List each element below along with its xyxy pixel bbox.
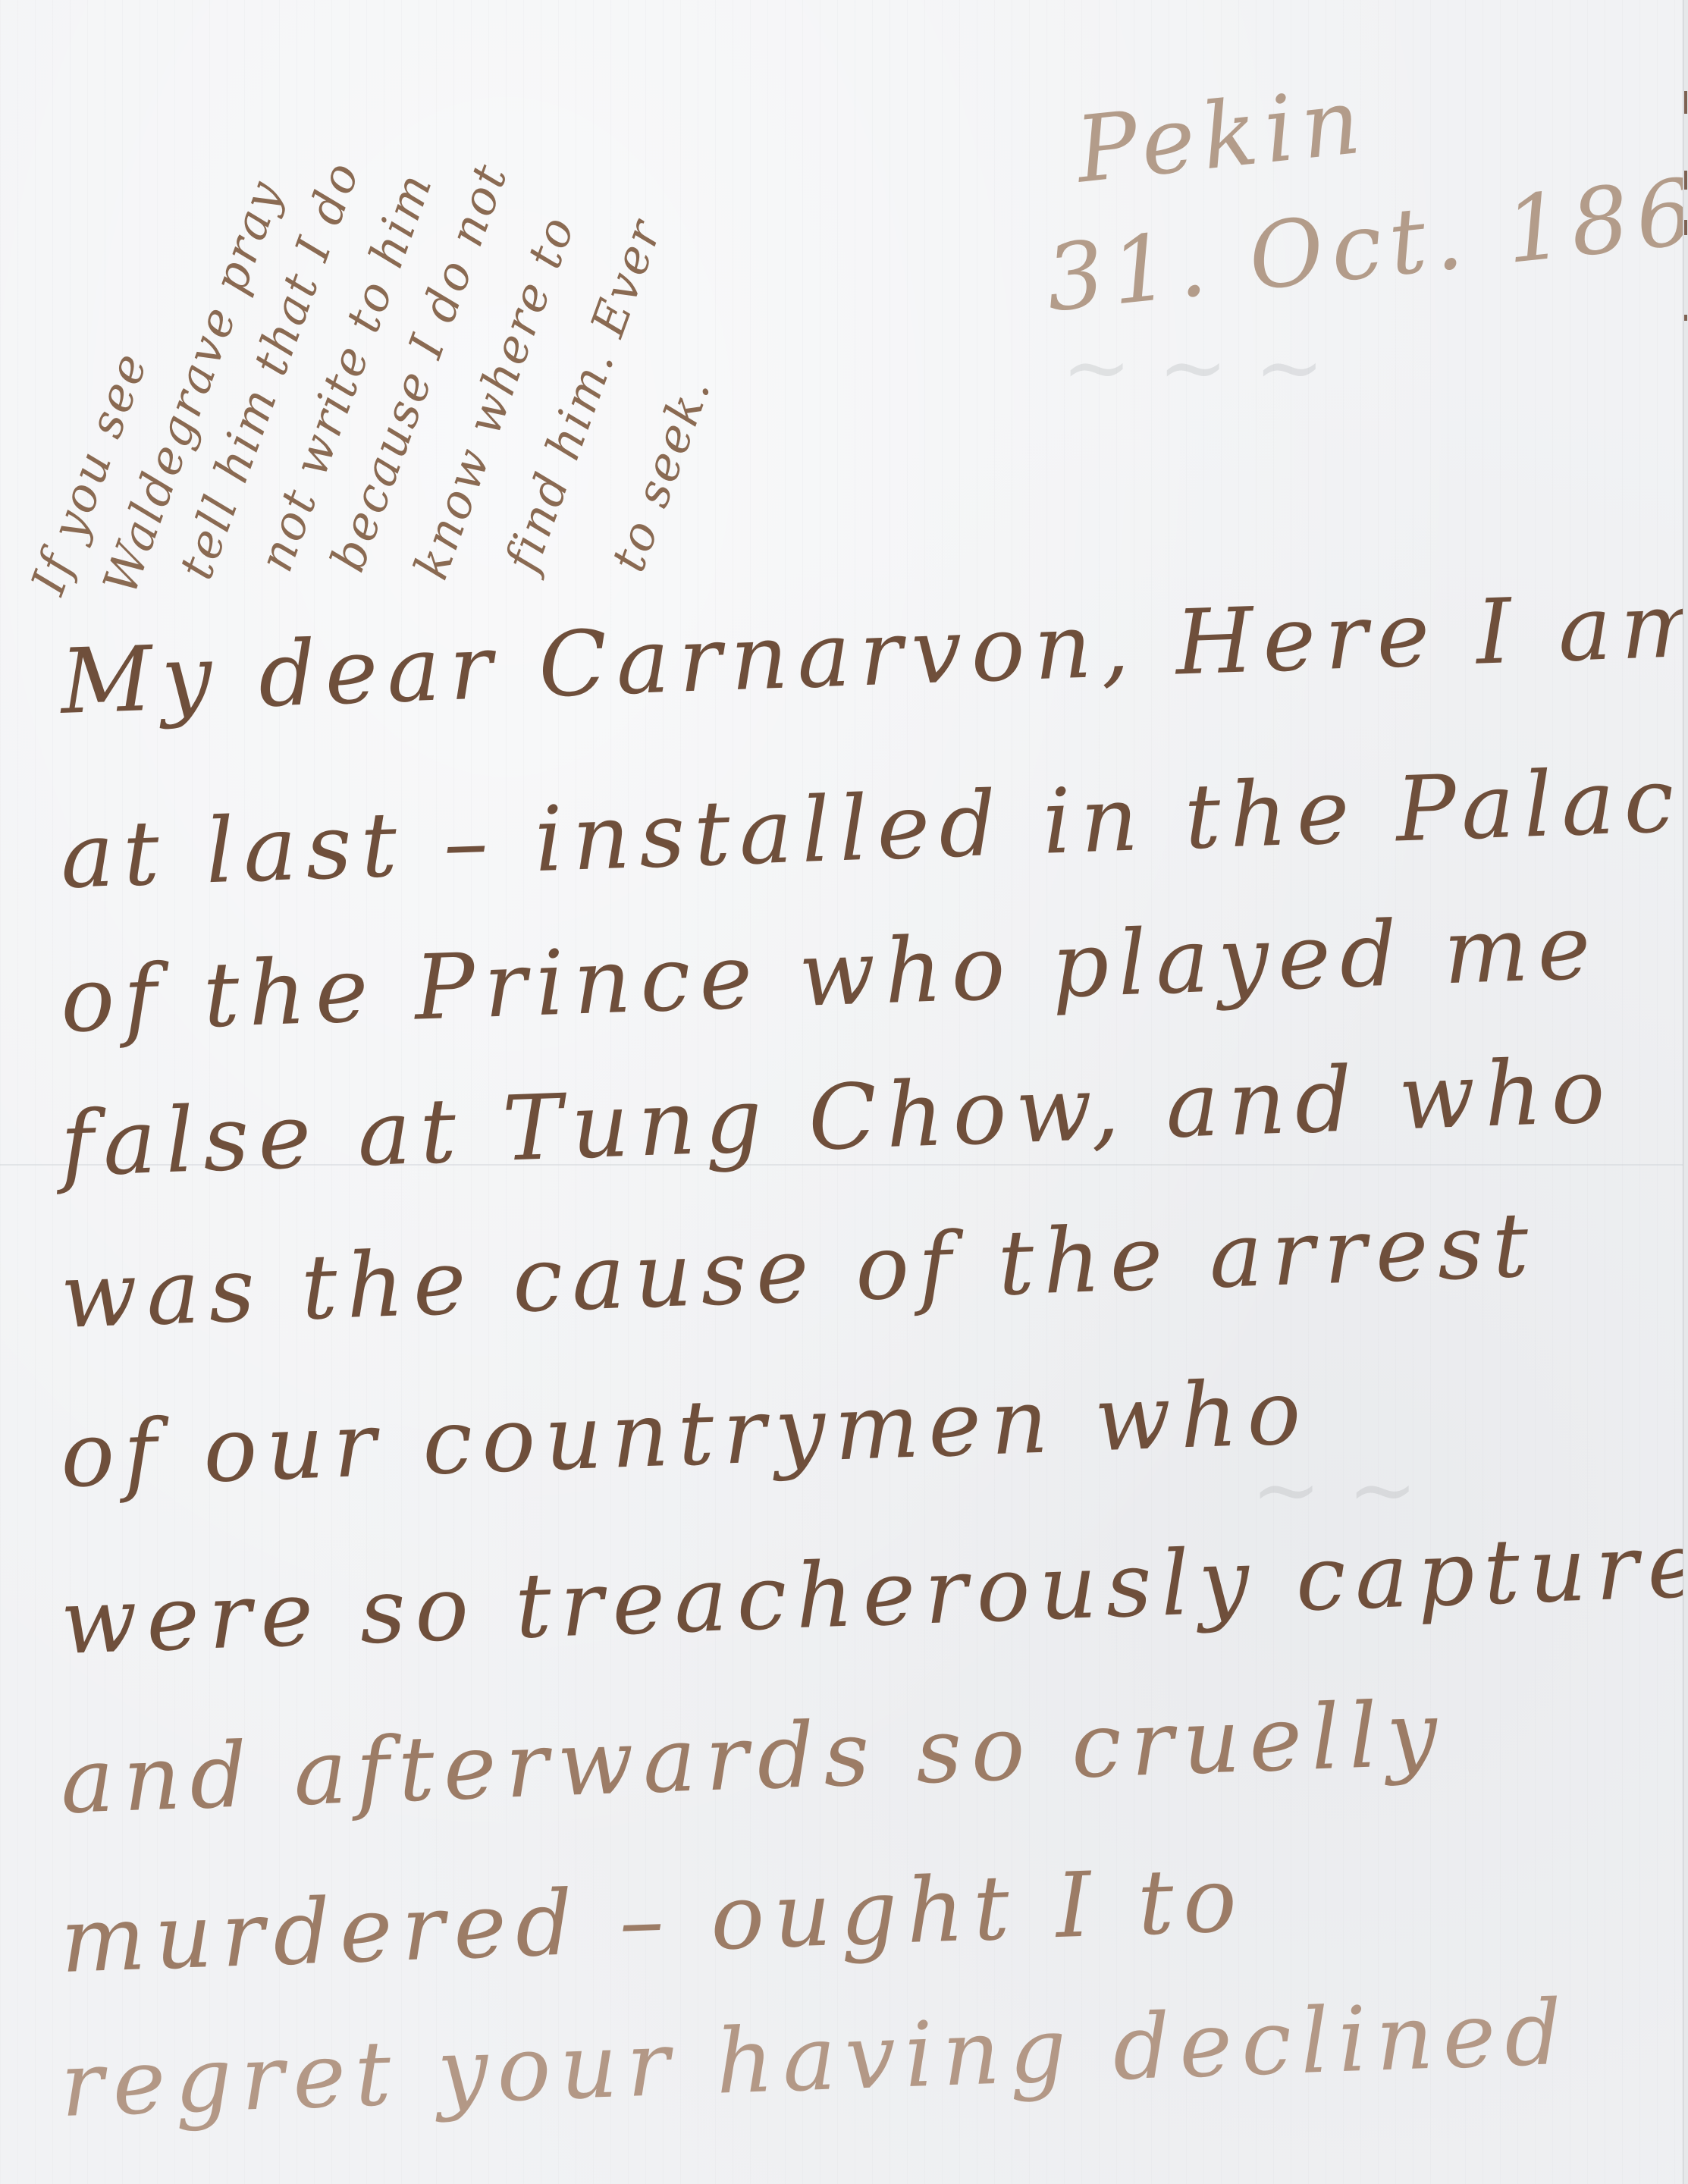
edge-ink-mark <box>1684 91 1687 114</box>
body-line: of the Prince who played me <box>59 894 1602 1053</box>
body-line: murdered – ought I to <box>59 1847 1247 1992</box>
body-line: was the cause of the arrest <box>59 1192 1539 1348</box>
edge-ink-mark <box>1684 220 1687 235</box>
letter-place: Pekin <box>1071 68 1373 203</box>
edge-ink-mark <box>1684 171 1687 190</box>
body-line: false at Tung Chow, and who <box>59 1038 1616 1197</box>
edge-ink-mark <box>1684 315 1687 321</box>
body-line: of our countrymen who <box>59 1360 1312 1508</box>
adjacent-page-edge <box>1683 0 1688 2184</box>
body-line: and afterwards so cruelly <box>59 1680 1448 1834</box>
body-line: regret your having declined <box>59 1979 1573 2136</box>
salutation-line: My dear Carnarvon, Here I am <box>59 572 1688 734</box>
letter-sheet: ~ ~ ~ ~ ~ Pekin 31. Oct. 1860 If you see… <box>0 0 1683 2184</box>
bleed-through-text: ~ ~ ~ <box>1062 318 1324 416</box>
margin-note-line: to seek. <box>600 369 721 579</box>
body-line: were so treacherously captured <box>59 1510 1688 1674</box>
body-line: at last – installed in the Palace <box>59 745 1688 908</box>
